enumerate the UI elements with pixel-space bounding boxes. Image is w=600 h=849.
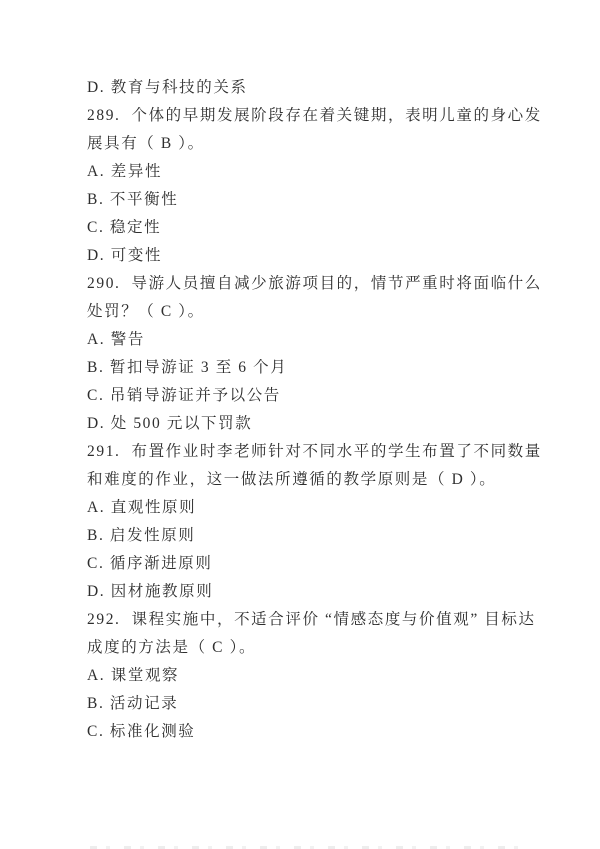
option-line-289-d: D. 可变性 [87,242,547,270]
question-line-292-cont: 成度的方法是（ C ）。 [87,634,547,662]
option-line-291-a: A. 直观性原则 [87,494,547,522]
question-line-289: 289. 个体的早期发展阶段存在着关键期，表明儿童的身心发 [87,102,547,130]
question-line-292: 292. 课程实施中，不适合评价 “情感态度与价值观” 目标达 [87,606,547,634]
option-line-292-c: C. 标准化测验 [87,718,547,746]
option-line-289-a: A. 差异性 [87,158,547,186]
question-line-290-cont: 处罚？（ C ）。 [87,298,547,326]
question-line-291-cont: 和难度的作业，这一做法所遵循的教学原则是（ D ）。 [87,466,547,494]
option-line-288-d: D. 教育与科技的关系 [87,74,547,102]
option-line-290-c: C. 吊销导游证并予以公告 [87,382,547,410]
option-line-291-d: D. 因材施教原则 [87,578,547,606]
question-line-291: 291. 布置作业时李老师针对不同水平的学生布置了不同数量 [87,438,547,466]
option-line-289-c: C. 稳定性 [87,214,547,242]
option-line-291-c: C. 循序渐进原则 [87,550,547,578]
option-line-290-a: A. 警告 [87,326,547,354]
option-line-291-b: B. 启发性原则 [87,522,547,550]
option-line-290-b: B. 暂扣导游证 3 至 6 个月 [87,354,547,382]
question-line-290: 290. 导游人员擅自减少旅游项目的，情节严重时将面临什么 [87,270,547,298]
option-line-292-a: A. 课堂观察 [87,662,547,690]
question-line-289-cont: 展具有（ B ）。 [87,130,547,158]
option-line-289-b: B. 不平衡性 [87,186,547,214]
option-line-292-b: B. 活动记录 [87,690,547,718]
exam-text-block: D. 教育与科技的关系 289. 个体的早期发展阶段存在着关键期，表明儿童的身心… [87,74,547,746]
option-line-290-d: D. 处 500 元以下罚款 [87,410,547,438]
document-page: D. 教育与科技的关系 289. 个体的早期发展阶段存在着关键期，表明儿童的身心… [0,0,600,849]
